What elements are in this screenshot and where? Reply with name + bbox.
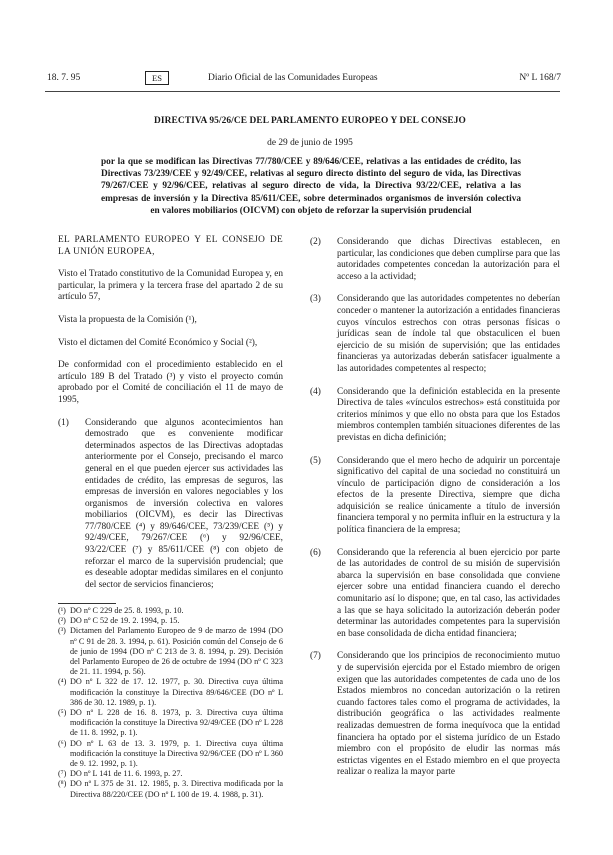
footnote-7: (⁷)DO nº L 141 de 11. 6. 1993, p. 27. xyxy=(58,769,283,779)
footnote-8: (⁸)DO nº L 375 de 31. 12. 1985, p. 3. Di… xyxy=(58,779,283,799)
footnote-1: (¹)DO nº C 229 de 25. 8. 1993, p. 10. xyxy=(58,606,283,616)
footnote-text: Dictamen del Parlamento Europeo de 9 de … xyxy=(70,626,283,677)
footnote-text: DO nº L 141 de 11. 6. 1993, p. 27. xyxy=(70,769,283,779)
recital-2: (2) Considerando que dichas Directivas e… xyxy=(310,237,560,283)
publication-date: 18. 7. 95 xyxy=(47,73,80,83)
footnote-number: (⁶) xyxy=(58,739,70,770)
recital-7: (7) Considerando que los principios de r… xyxy=(310,651,560,779)
recital-number: (3) xyxy=(310,294,337,375)
recital-4: (4) Considerando que la definición estab… xyxy=(310,387,560,445)
directive-subtitle: por la que se modifican las Directivas 7… xyxy=(101,156,521,217)
recital-1: (1) Considerando que algunos acontecimie… xyxy=(58,418,283,592)
footnote-6: (⁶)DO nº L 63 de 13. 3. 1979, p. 1. Dire… xyxy=(58,739,283,770)
footnote-text: DO nº C 229 de 25. 8. 1993, p. 10. xyxy=(70,606,283,616)
recital-text: Considerando que las autoridades compete… xyxy=(337,294,560,375)
footnote-number: (⁵) xyxy=(58,708,70,739)
recital-text: Considerando que algunos acontecimientos… xyxy=(85,418,283,592)
footnotes: (¹)DO nº C 229 de 25. 8. 1993, p. 10. (²… xyxy=(58,606,283,800)
recital-number: (6) xyxy=(310,548,337,641)
footnote-text: DO nº L 375 de 31. 12. 1985, p. 3. Direc… xyxy=(70,779,283,799)
preamble-visto-dictamen: Visto el dictamen del Comité Económico y… xyxy=(58,338,283,350)
recital-text: Considerando que la referencia al buen e… xyxy=(337,548,560,641)
recital-6: (6) Considerando que la referencia al bu… xyxy=(310,548,560,641)
footnote-text: DO nº L 63 de 13. 3. 1979, p. 1. Directi… xyxy=(70,739,283,770)
footnote-number: (⁴) xyxy=(58,677,70,708)
recital-text: Considerando que la definición estableci… xyxy=(337,387,560,445)
footnote-number: (⁷) xyxy=(58,769,70,779)
recital-number: (1) xyxy=(58,418,85,592)
footnote-text: DO nº C 52 de 19. 2. 1994, p. 15. xyxy=(70,616,283,626)
right-column: (2) Considerando que dichas Directivas e… xyxy=(310,237,560,790)
recital-number: (4) xyxy=(310,387,337,445)
recital-text: Considerando que el mero hecho de adquir… xyxy=(337,456,560,537)
footnote-number: (³) xyxy=(58,626,70,677)
footnote-5: (⁵)DO nº L 228 de 16. 8. 1973, p. 3. Dir… xyxy=(58,708,283,739)
language-badge: ES xyxy=(145,71,169,85)
directive-title: DIRECTIVA 95/26/CE DEL PARLAMENTO EUROPE… xyxy=(60,116,560,126)
footnote-number: (⁸) xyxy=(58,779,70,799)
recital-5: (5) Considerando que el mero hecho de ad… xyxy=(310,456,560,537)
footnote-number: (¹) xyxy=(58,606,70,616)
preamble-conformidad: De conformidad con el procedimiento esta… xyxy=(58,360,283,406)
footnote-number: (²) xyxy=(58,616,70,626)
footnote-text: DO nº L 228 de 16. 8. 1973, p. 3. Direct… xyxy=(70,708,283,739)
footnote-text: DO nº L 322 de 17. 12. 1977, p. 30. Dire… xyxy=(70,677,283,708)
footnote-4: (⁴)DO nº L 322 de 17. 12. 1977, p. 30. D… xyxy=(58,677,283,708)
document-page: 18. 7. 95 ES Diario Oficial de las Comun… xyxy=(0,0,613,855)
header-divider xyxy=(45,91,560,92)
footnote-2: (²)DO nº C 52 de 19. 2. 1994, p. 15. xyxy=(58,616,283,626)
page-header: 18. 7. 95 ES Diario Oficial de las Comun… xyxy=(33,70,561,88)
recital-number: (2) xyxy=(310,237,337,283)
preamble-vista-propuesta: Vista la propuesta de la Comisión (¹), xyxy=(58,315,283,327)
recital-number: (5) xyxy=(310,456,337,537)
preamble-visto-tratado: Visto el Tratado constitutivo de la Comu… xyxy=(58,269,283,304)
issue-reference: Nº L 168/7 xyxy=(519,73,561,83)
recital-number: (7) xyxy=(310,651,337,779)
recital-text: Considerando que los principios de recon… xyxy=(337,651,560,779)
left-column: EL PARLAMENTO EUROPEO Y EL CONSEJO DE LA… xyxy=(58,235,283,602)
footnote-3: (³)Dictamen del Parlamento Europeo de 9 … xyxy=(58,626,283,677)
preamble-institutions: EL PARLAMENTO EUROPEO Y EL CONSEJO DE LA… xyxy=(58,235,283,258)
directive-date: de 29 de junio de 1995 xyxy=(60,138,560,148)
footnote-divider xyxy=(58,603,116,604)
recital-text: Considerando que dichas Directivas estab… xyxy=(337,237,560,283)
journal-name: Diario Oficial de las Comunidades Europe… xyxy=(208,73,378,83)
recital-3: (3) Considerando que las autoridades com… xyxy=(310,294,560,375)
